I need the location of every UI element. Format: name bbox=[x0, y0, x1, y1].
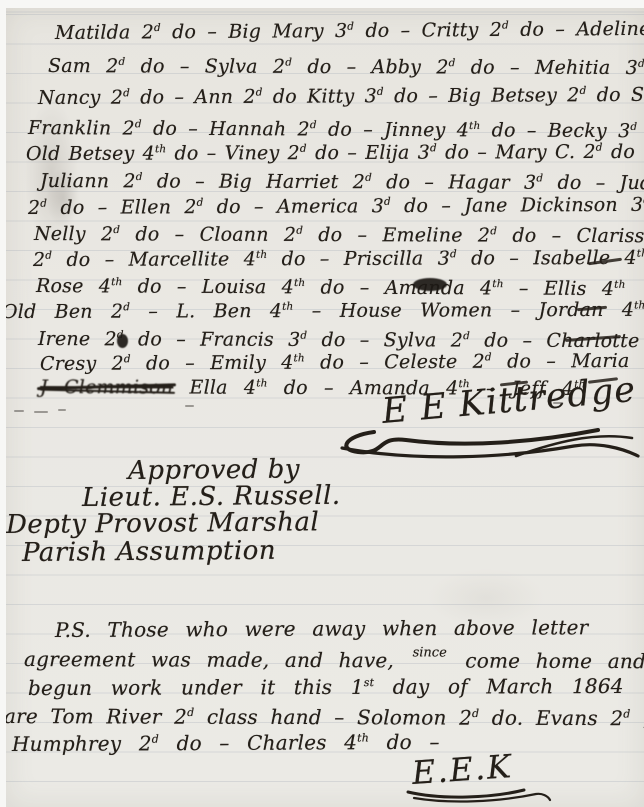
scanned-document-page: Matilda 2d do – Big Mary 3d do – Critty … bbox=[0, 0, 644, 807]
postscript-line-4: are Tom River 2d class hand – Solomon 2d… bbox=[6, 704, 644, 730]
postscript-line-3: begun work under it this 1st day of Marc… bbox=[28, 674, 624, 700]
approval-line-4: Parish Assumption bbox=[22, 536, 276, 568]
manuscript-line-1: Matilda 2d do – Big Mary 3d do – Critty … bbox=[55, 18, 644, 44]
manuscript-line-11: Old Ben 2d – L. Ben 4th – House Women – … bbox=[6, 299, 644, 323]
manuscript-line-12: Irene 2d do – Francis 3d do – Sylva 2d d… bbox=[38, 328, 644, 352]
pencil-mark bbox=[34, 411, 48, 413]
pencil-mark bbox=[185, 405, 194, 407]
ink-blot bbox=[413, 278, 447, 291]
inserted-word-since: since bbox=[413, 645, 447, 660]
manuscript-line-13: Cresy 2d do – Emily 4th do – Celeste 2d … bbox=[40, 350, 644, 375]
monogram-signature: E.E.K bbox=[411, 747, 514, 792]
manuscript-line-4: Franklin 2d do – Hannah 2d do – Jinney 4… bbox=[28, 117, 644, 142]
paper-background: Matilda 2d do – Big Mary 3d do – Critty … bbox=[6, 8, 644, 807]
postscript-line-5: Humphrey 2d do – Charles 4th do – bbox=[12, 730, 440, 756]
ink-blot bbox=[117, 334, 128, 348]
manuscript-line-8: Nelly 2d do – Cloann 2d do – Emeline 2d … bbox=[34, 223, 644, 247]
manuscript-line-9: 2d do – Marcellite 4th do – Priscilla 3d… bbox=[33, 247, 644, 271]
manuscript-line-2: Sam 2d do – Sylva 2d do – Abby 2d do – M… bbox=[48, 55, 644, 79]
postscript-line-1: P.S. Those who were away when above lett… bbox=[55, 615, 588, 642]
postscript-line-2-before: agreement was made, and have, bbox=[24, 647, 394, 672]
manuscript-line-10: Rose 4th do – Louisa 4th do – Amanda 4th… bbox=[36, 275, 626, 300]
manuscript-line-6: Juliann 2d do – Big Harriet 2d do – Haga… bbox=[40, 170, 644, 194]
struck-out-name: J Clemmison bbox=[40, 376, 173, 398]
postscript-line-2: agreement was made, and have, since come… bbox=[24, 647, 644, 673]
pencil-mark bbox=[58, 409, 66, 411]
pencil-mark bbox=[553, 402, 563, 404]
manuscript-line-3: Nancy 2d do – Ann 2d do Kitty 3d do – Bi… bbox=[38, 84, 644, 109]
pencil-mark bbox=[14, 410, 24, 412]
postscript-line-2-after: come home and bbox=[465, 649, 644, 674]
manuscript-line-5: Old Betsey 4th do – Viney 2d do – Elija … bbox=[26, 141, 635, 165]
manuscript-line-7: 2d do – Ellen 2d do – America 3d do – Ja… bbox=[28, 194, 644, 219]
